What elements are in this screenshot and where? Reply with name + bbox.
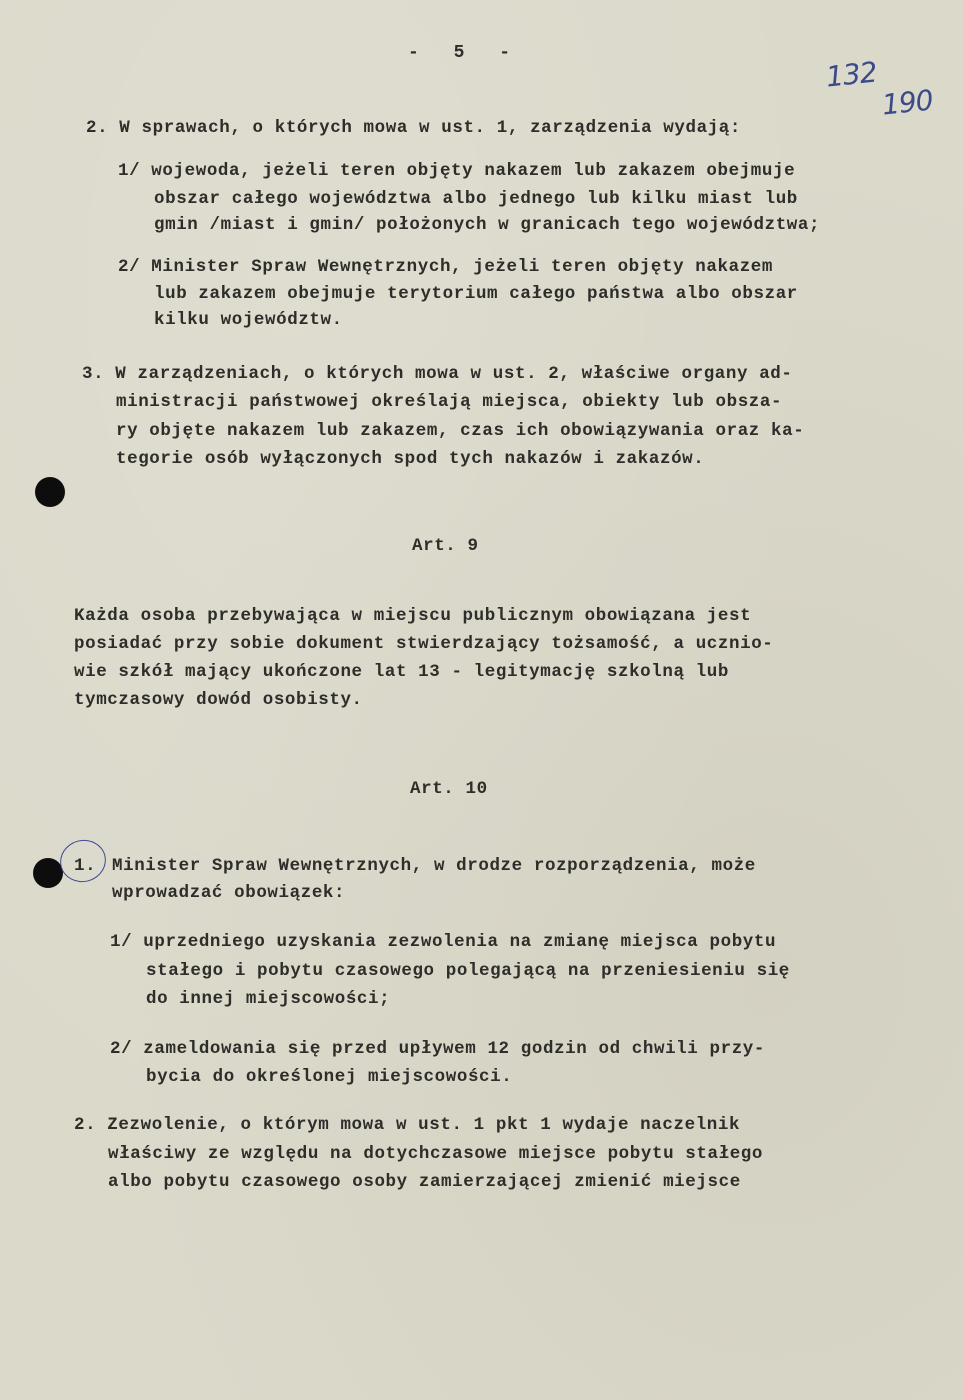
- article-9-line: tymczasowy dowód osobisty.: [74, 689, 363, 711]
- article-9-line: Każda osoba przebywająca w miejscu publi…: [74, 605, 751, 627]
- punch-hole: [33, 858, 63, 888]
- paragraph-3-line: ministracji państwowej określają miejsca…: [116, 391, 782, 413]
- point-1-line: gmin /miast i gmin/ położonych w granica…: [154, 214, 820, 236]
- point-1-line: 1/ wojewoda, jeżeli teren objęty nakazem…: [118, 160, 795, 182]
- article-10-item-2-line: 2. Zezwolenie, o którym mowa w ust. 1 pk…: [74, 1114, 740, 1136]
- article-10-point-1-line: 1/ uprzedniego uzyskania zezwolenia na z…: [110, 931, 776, 953]
- point-2-line: kilku województw.: [154, 309, 343, 331]
- punch-hole: [35, 477, 65, 507]
- article-10-point-1-line: do innej miejscowości;: [146, 988, 390, 1010]
- article-10-item-1-number: 1.: [74, 855, 96, 877]
- article-10-point-2-line: bycia do określonej miejscowości.: [146, 1066, 512, 1088]
- paragraph-3-line: 3. W zarządzeniach, o których mowa w ust…: [82, 363, 793, 385]
- article-10-heading: Art. 10: [410, 778, 488, 800]
- article-9-line: posiadać przy sobie dokument stwierdzają…: [74, 633, 773, 655]
- article-9-line: wie szkół mający ukończone lat 13 - legi…: [74, 661, 729, 683]
- point-2-line: 2/ Minister Spraw Wewnętrznych, jeżeli t…: [118, 256, 773, 278]
- paragraph-2-line: 2. W sprawach, o których mowa w ust. 1, …: [86, 117, 741, 139]
- article-10-item-1-line: wprowadzać obowiązek:: [112, 882, 345, 904]
- point-1-line: obszar całego województwa albo jednego l…: [154, 188, 798, 210]
- paragraph-3-line: ry objęte nakazem lub zakazem, czas ich …: [116, 420, 804, 442]
- article-9-heading: Art. 9: [412, 535, 479, 557]
- handwritten-folio-old: 132: [824, 55, 878, 93]
- article-10-item-1-line: Minister Spraw Wewnętrznych, w drodze ro…: [112, 855, 756, 877]
- point-2-line: lub zakazem obejmuje terytorium całego p…: [154, 283, 798, 305]
- paragraph-3-line: tegorie osób wyłączonych spod tych nakaz…: [116, 448, 704, 470]
- article-10-point-2-line: 2/ zameldowania się przed upływem 12 god…: [110, 1038, 765, 1060]
- article-10-point-1-line: stałego i pobytu czasowego polegającą na…: [146, 960, 790, 982]
- article-10-item-2-line: albo pobytu czasowego osoby zamierzające…: [108, 1171, 741, 1193]
- article-10-item-2-line: właściwy ze względu na dotychczasowe mie…: [108, 1143, 763, 1165]
- handwritten-folio-new: 190: [880, 83, 934, 121]
- page-number: - 5 -: [408, 42, 511, 64]
- document-page: - 5 - 132 190 2. W sprawach, o których m…: [0, 0, 963, 1400]
